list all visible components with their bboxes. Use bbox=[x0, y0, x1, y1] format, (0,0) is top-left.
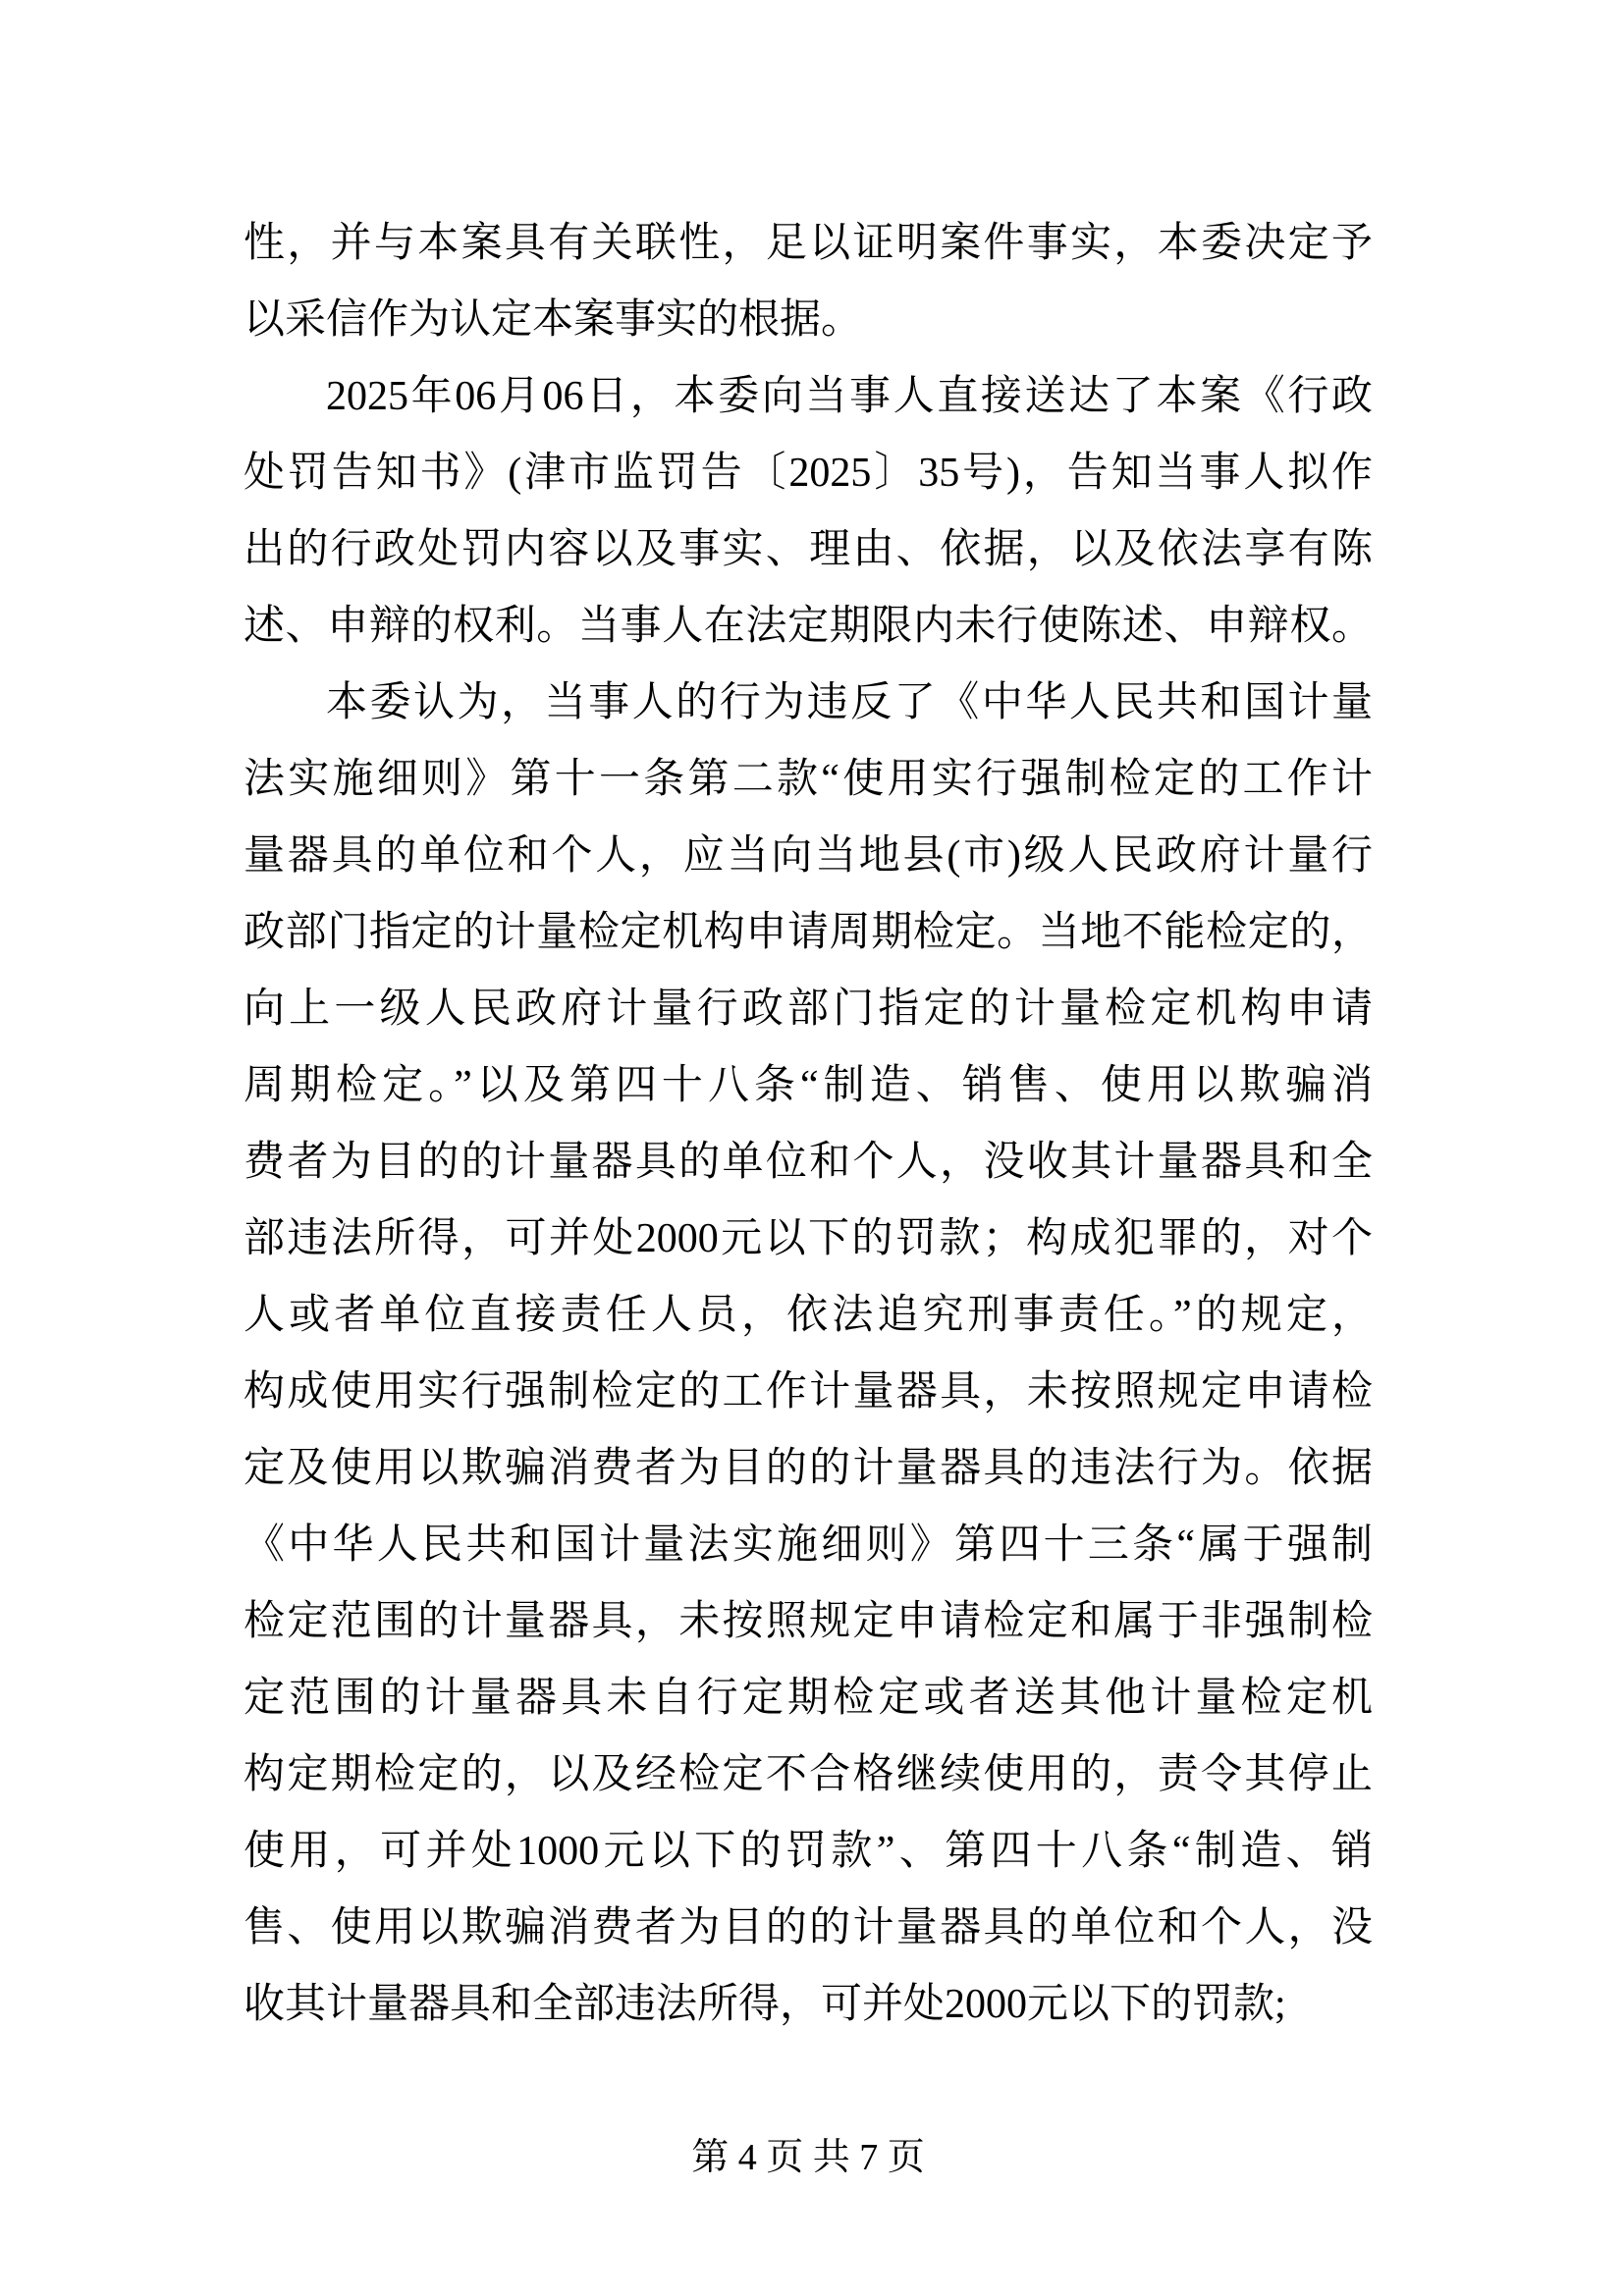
text-line: 政部门指定的计量检定机构申请周期检定。当地不能检定的， bbox=[244, 894, 1373, 971]
text-line: 使用，可并处1000元以下的罚款”、第四十八条“制造、销 bbox=[244, 1813, 1373, 1890]
text-line: 2025年06月06日，本委向当事人直接送达了本案《行政 bbox=[244, 358, 1373, 435]
document-body-text: 性，并与本案具有关联性，足以证明案件事实，本委决定予 以采信作为认定本案事实的根… bbox=[244, 205, 1373, 2043]
text-line: 述、申辩的权利。当事人在法定期限内未行使陈述、申辩权。 bbox=[244, 588, 1373, 665]
document-page: 性，并与本案具有关联性，足以证明案件事实，本委决定予 以采信作为认定本案事实的根… bbox=[0, 0, 1624, 2296]
text-line: 以采信作为认定本案事实的根据。 bbox=[244, 282, 1373, 358]
text-line: 构成使用实行强制检定的工作计量器具，未按照规定申请检 bbox=[244, 1354, 1373, 1430]
text-line: 定及使用以欺骗消费者为目的的计量器具的违法行为。依据 bbox=[244, 1430, 1373, 1507]
text-line: 费者为目的的计量器具的单位和个人，没收其计量器具和全 bbox=[244, 1124, 1373, 1201]
text-line: 人或者单位直接责任人员，依法追究刑事责任。”的规定， bbox=[244, 1277, 1373, 1354]
text-line: 定范围的计量器具未自行定期检定或者送其他计量检定机 bbox=[244, 1660, 1373, 1736]
text-line: 检定范围的计量器具，未按照规定申请检定和属于非强制检 bbox=[244, 1583, 1373, 1660]
text-line: 构定期检定的，以及经检定不合格继续使用的，责令其停止 bbox=[244, 1736, 1373, 1813]
text-line: 向上一级人民政府计量行政部门指定的计量检定机构申请 bbox=[244, 971, 1373, 1047]
text-line: 本委认为，当事人的行为违反了《中华人民共和国计量 bbox=[244, 665, 1373, 741]
text-line: 收其计量器具和全部违法所得，可并处2000元以下的罚款; bbox=[244, 1966, 1373, 2043]
text-line: 售、使用以欺骗消费者为目的的计量器具的单位和个人，没 bbox=[244, 1890, 1373, 1966]
text-line: 性，并与本案具有关联性，足以证明案件事实，本委决定予 bbox=[244, 205, 1373, 282]
text-line: 《中华人民共和国计量法实施细则》第四十三条“属于强制 bbox=[244, 1507, 1373, 1583]
text-line: 周期检定。”以及第四十八条“制造、销售、使用以欺骗消 bbox=[244, 1047, 1373, 1124]
page-number: 第 4 页 共 7 页 bbox=[244, 2138, 1373, 2177]
text-line: 部违法所得，可并处2000元以下的罚款；构成犯罪的，对个 bbox=[244, 1201, 1373, 1277]
text-line: 处罚告知书》(津市监罚告〔2025〕35号)，告知当事人拟作 bbox=[244, 435, 1373, 511]
text-line: 法实施细则》第十一条第二款“使用实行强制检定的工作计 bbox=[244, 741, 1373, 818]
text-line: 量器具的单位和个人，应当向当地县(市)级人民政府计量行 bbox=[244, 818, 1373, 894]
text-line: 出的行政处罚内容以及事实、理由、依据，以及依法享有陈 bbox=[244, 511, 1373, 588]
